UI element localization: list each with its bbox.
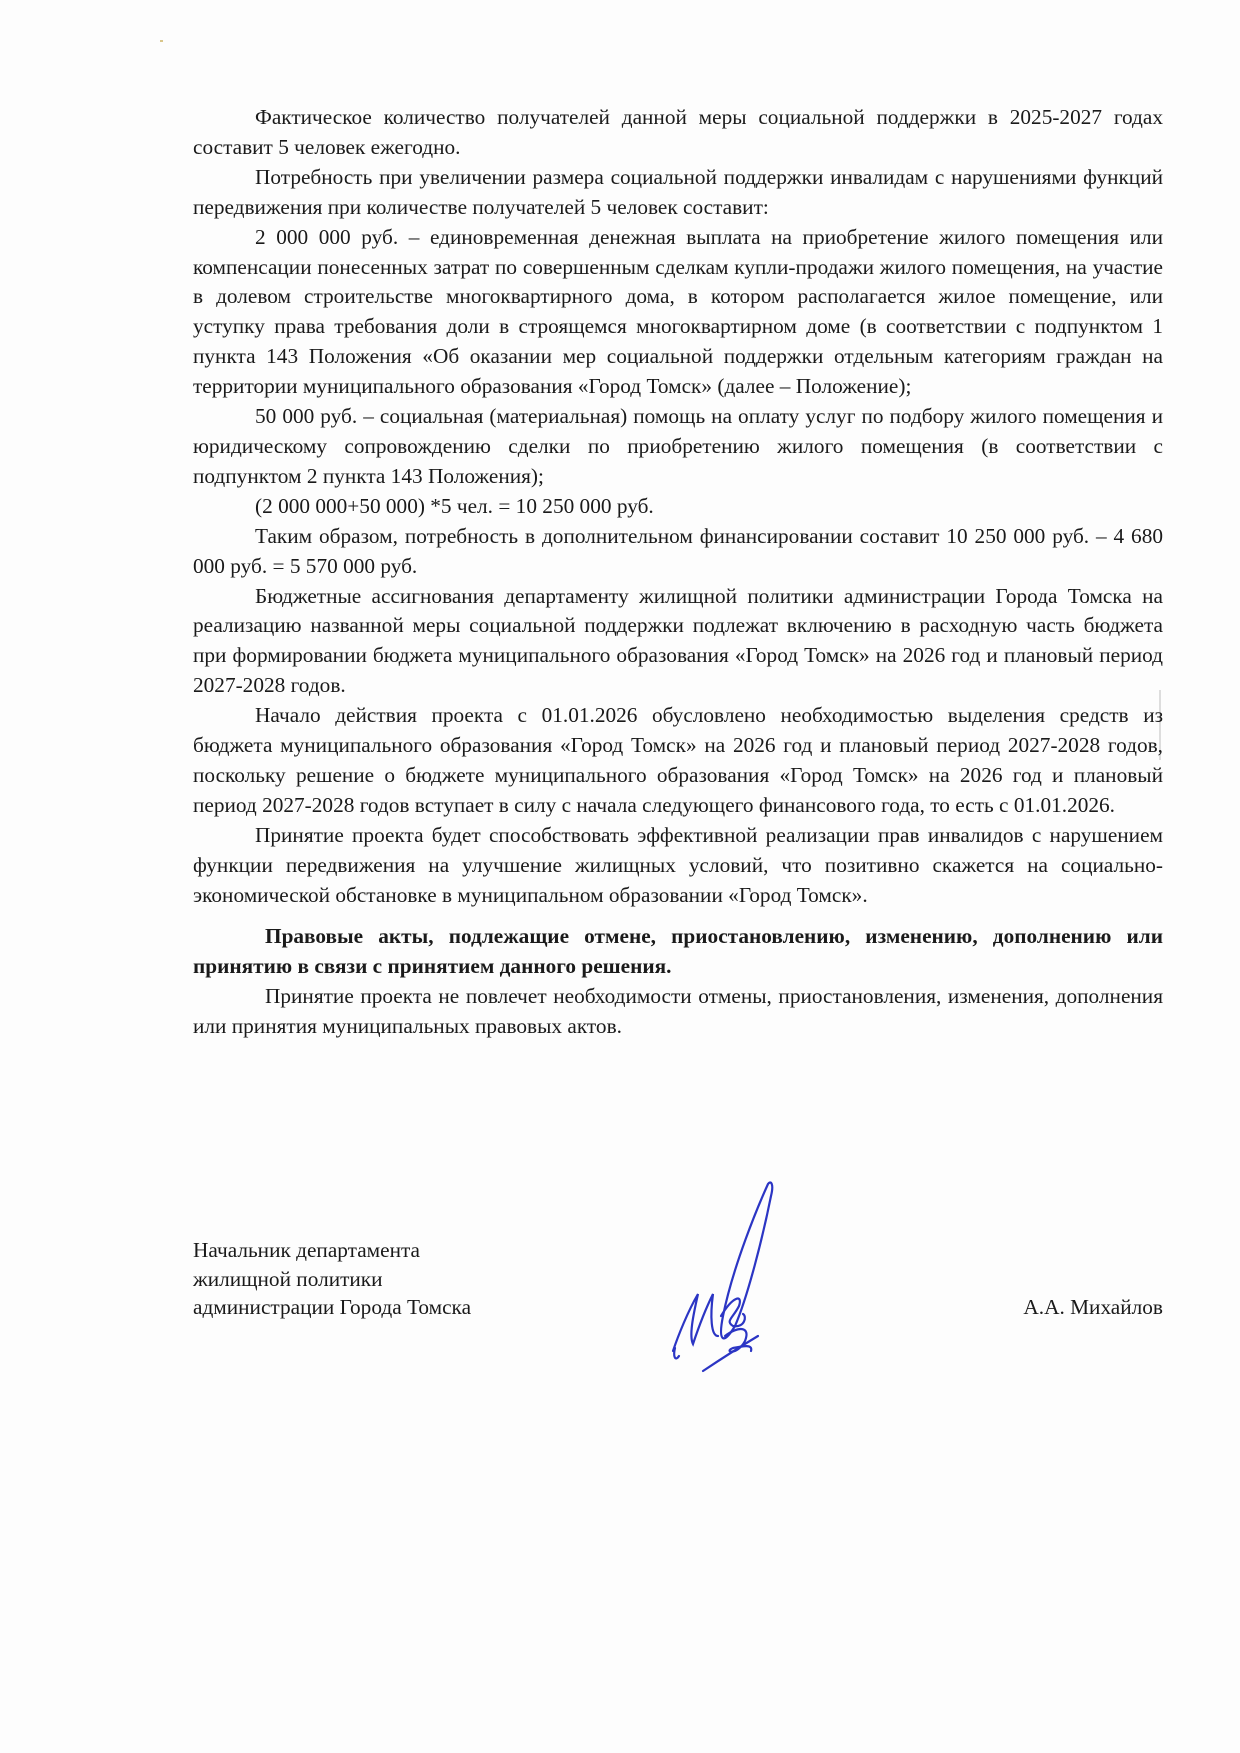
paragraph-calculation: (2 000 000+50 000) *5 чел. = 10 250 000 … [193,492,1163,522]
section-heading-legal-acts: Правовые акты, подлежащие отмене, приост… [193,922,1163,982]
paragraph-recipients: Фактическое количество получателей данно… [193,103,1163,163]
paragraph-material-aid: 50 000 руб. – социальная (материальная) … [193,402,1163,492]
signature-block: Начальник департамента жилищной политики… [193,1236,1163,1322]
paragraph-effective-date: Начало действия проекта с 01.01.2026 обу… [193,701,1163,821]
paragraph-legal-acts: Принятие проекта не повлечет необходимос… [193,982,1163,1042]
paragraph-budget-allocations: Бюджетные ассигнования департаменту жили… [193,582,1163,702]
scan-artifact [160,40,163,42]
handwritten-signature-icon [663,1176,813,1386]
document-page: Фактическое количество получателей данно… [0,0,1240,1753]
signatory-name: А.А. Михайлов [1023,1293,1163,1322]
paragraph-need: Потребность при увеличении размера социа… [193,163,1163,223]
document-body: Фактическое количество получателей данно… [193,103,1163,1042]
paragraph-outcome: Принятие проекта будет способствовать эф… [193,821,1163,911]
paragraph-additional-funding: Таким образом, потребность в дополнитель… [193,522,1163,582]
paragraph-lump-sum-payment: 2 000 000 руб. – единовременная денежная… [193,223,1163,402]
